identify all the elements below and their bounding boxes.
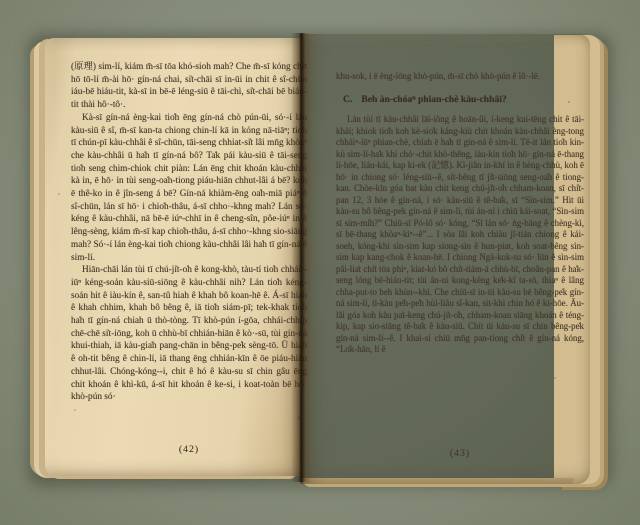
left-page-text: (原理) sim-lí, kiám m̄-sī tōa khó-sioh mah… bbox=[71, 61, 307, 447]
paragraph: Kà-sī gín-ná èng-kai tio̍h ēng gín-ná ch… bbox=[71, 112, 307, 264]
photo-background: (原理) sim-lí, kiám m̄-sī tōa khó-sioh mah… bbox=[0, 0, 640, 525]
paragraph: Hiān-chāi lán tùi tī chú-ji̍t-o̍h ê kong… bbox=[71, 264, 307, 404]
right-page: khu-sok, i ē èng-iōng khò-pún, m̄-sī chò… bbox=[300, 34, 590, 484]
right-page-text: khu-sok, i ē èng-iōng khò-pún, m̄-sī chò… bbox=[336, 71, 584, 449]
section-title: Beh àn-chóaⁿ phian-chè kàu-chhâi? bbox=[361, 94, 506, 105]
section-label: C. bbox=[343, 94, 352, 105]
paragraph-continuation: khu-sok, i ē èng-iōng khò-pún, m̄-sī chò… bbox=[336, 71, 584, 83]
left-page: (原理) sim-lí, kiám m̄-sī tōa khó-sioh mah… bbox=[45, 38, 302, 476]
page-number-right: (43) bbox=[336, 448, 584, 459]
section-heading: C.Beh àn-chóaⁿ phian-chè kàu-chhâi? bbox=[343, 94, 584, 106]
page-number-left: (42) bbox=[71, 444, 307, 455]
paragraph: Lán tùi tī kàu-chhâi lāi-iông ê hoān-ûi,… bbox=[336, 114, 584, 356]
paragraph-continuation: (原理) sim-lí, kiám m̄-sī tōa khó-sioh mah… bbox=[71, 61, 307, 112]
